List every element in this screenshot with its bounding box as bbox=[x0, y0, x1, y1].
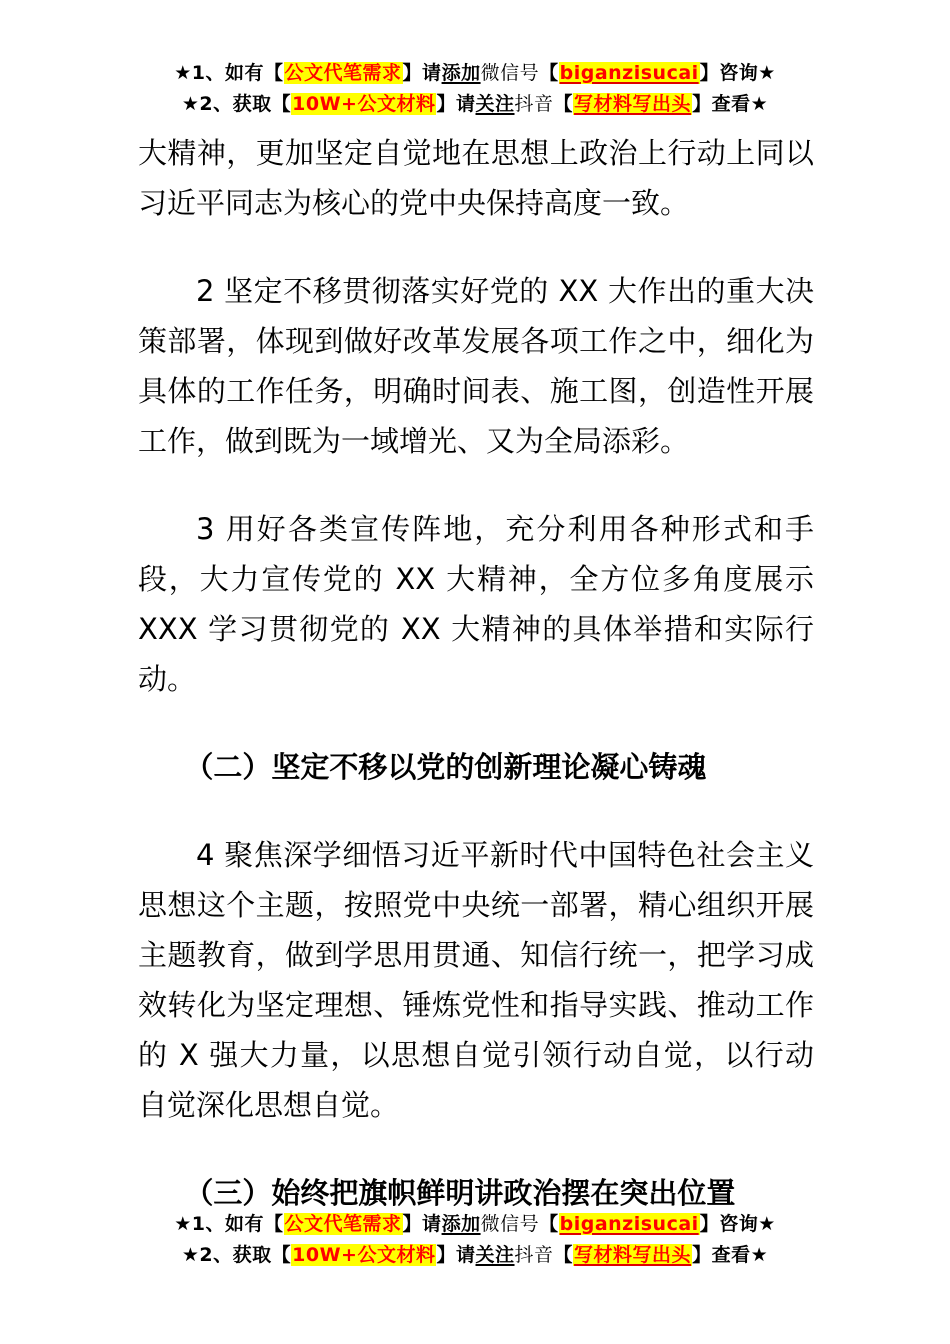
header-promo: ★1、如有【公文代笔需求】请添加微信号【biganzisucai】咨询★ ★2、… bbox=[0, 58, 950, 120]
section-heading-2: （二）坚定不移以党的创新理论凝心铸魂 bbox=[138, 742, 814, 792]
promo-text: ★2、获取【 bbox=[182, 93, 291, 115]
promo-text: 【 bbox=[539, 1213, 559, 1235]
promo-add-underlined: 添加 bbox=[442, 1213, 481, 1235]
promo-text: 【 bbox=[554, 1244, 574, 1266]
promo-douyin-id: 写材料写出头 bbox=[573, 1244, 692, 1266]
promo-text: 【 bbox=[539, 62, 559, 84]
promo-text: ★1、如有【 bbox=[174, 62, 283, 84]
promo-douyin-label: 抖音 bbox=[515, 1244, 554, 1266]
promo-highlight-ghostwriting: 公文代笔需求 bbox=[284, 1213, 403, 1235]
paragraph-continuation: 大精神，更加坚定自觉地在思想上政治上行动上同以习近平同志为核心的党中央保持高度一… bbox=[138, 128, 814, 228]
paragraph-2: 2 坚定不移贯彻落实好党的 XX 大作出的重大决策部署，体现到做好改革发展各项工… bbox=[138, 266, 814, 466]
header-promo-line-2: ★2、获取【10W+公文材料】请关注抖音【写材料写出头】查看★ bbox=[0, 89, 950, 120]
header-promo-line-1: ★1、如有【公文代笔需求】请添加微信号【biganzisucai】咨询★ bbox=[0, 58, 950, 89]
promo-text: ★2、获取【 bbox=[182, 1244, 291, 1266]
promo-text: ★1、如有【 bbox=[174, 1213, 283, 1235]
promo-text: 【 bbox=[554, 93, 574, 115]
footer-promo: ★1、如有【公文代笔需求】请添加微信号【biganzisucai】咨询★ ★2、… bbox=[0, 1209, 950, 1271]
promo-highlight-ghostwriting: 公文代笔需求 bbox=[284, 62, 403, 84]
promo-follow-underlined: 关注 bbox=[476, 93, 515, 115]
promo-text: 】请 bbox=[403, 62, 442, 84]
document-page: ★1、如有【公文代笔需求】请添加微信号【biganzisucai】咨询★ ★2、… bbox=[0, 0, 950, 1344]
document-body: 大精神，更加坚定自觉地在思想上政治上行动上同以习近平同志为核心的党中央保持高度一… bbox=[138, 128, 814, 1256]
promo-wechat-id: biganzisucai bbox=[559, 62, 700, 84]
promo-wechat-label: 微信号 bbox=[481, 62, 540, 84]
promo-douyin-id: 写材料写出头 bbox=[573, 93, 692, 115]
footer-promo-line-1: ★1、如有【公文代笔需求】请添加微信号【biganzisucai】咨询★ bbox=[0, 1209, 950, 1240]
promo-text: 】查看★ bbox=[692, 1244, 768, 1266]
paragraph-4: 4 聚焦深学细悟习近平新时代中国特色社会主义思想这个主题，按照党中央统一部署，精… bbox=[138, 830, 814, 1130]
promo-text: 】查看★ bbox=[692, 93, 768, 115]
promo-text: 】请 bbox=[436, 93, 475, 115]
promo-text: 】请 bbox=[436, 1244, 475, 1266]
promo-text: 】请 bbox=[403, 1213, 442, 1235]
promo-wechat-label: 微信号 bbox=[481, 1213, 540, 1235]
footer-promo-line-2: ★2、获取【10W+公文材料】请关注抖音【写材料写出头】查看★ bbox=[0, 1240, 950, 1271]
promo-text: 】咨询★ bbox=[700, 62, 776, 84]
paragraph-3: 3 用好各类宣传阵地，充分利用各种形式和手段，大力宣传党的 XX 大精神，全方位… bbox=[138, 504, 814, 704]
promo-add-underlined: 添加 bbox=[442, 62, 481, 84]
promo-highlight-materials: 10W+公文材料 bbox=[291, 93, 436, 115]
promo-wechat-id: biganzisucai bbox=[559, 1213, 700, 1235]
promo-follow-underlined: 关注 bbox=[476, 1244, 515, 1266]
promo-text: 】咨询★ bbox=[700, 1213, 776, 1235]
promo-highlight-materials: 10W+公文材料 bbox=[291, 1244, 436, 1266]
promo-douyin-label: 抖音 bbox=[515, 93, 554, 115]
